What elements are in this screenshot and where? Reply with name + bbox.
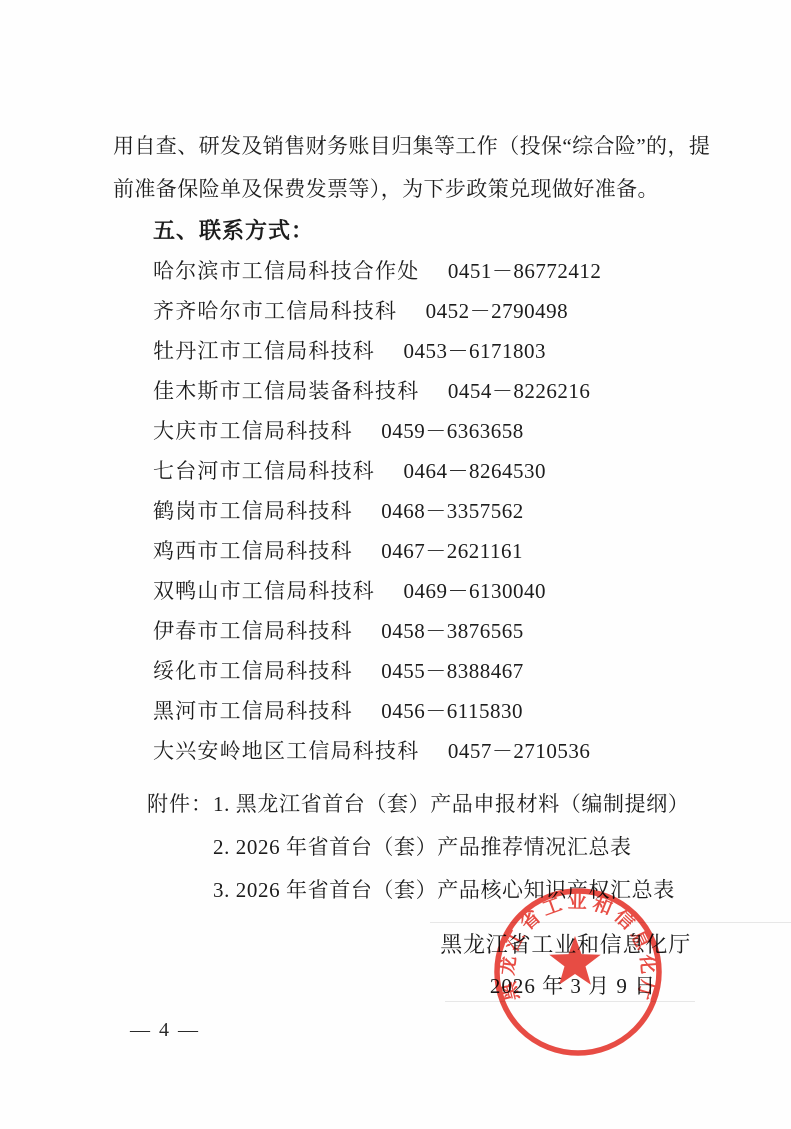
contact-phone: 0456－6115830	[381, 699, 523, 723]
contact-row: 齐齐哈尔市工信局科技科 0452－2790498	[153, 291, 693, 331]
contact-row: 哈尔滨市工信局科技合作处 0451－86772412	[153, 251, 693, 291]
contact-office: 双鸭山市工信局科技科	[153, 579, 375, 603]
contact-office: 伊春市工信局科技科	[153, 619, 353, 643]
contact-phone: 0464－8264530	[403, 459, 546, 483]
contact-row: 双鸭山市工信局科技科 0469－6130040	[153, 571, 693, 611]
contact-phone: 0467－2621161	[381, 539, 523, 563]
contact-office: 黑河市工信局科技科	[153, 699, 353, 723]
contact-phone: 0459－6363658	[381, 419, 524, 443]
official-seal-icon: 黑龙江省工业和信息化厅	[478, 872, 678, 1072]
contact-row: 黑河市工信局科技科 0456－6115830	[153, 691, 693, 731]
contact-row: 大兴安岭地区工信局科技科 0457－2710536	[153, 731, 693, 771]
contact-row: 七台河市工信局科技科 0464－8264530	[153, 451, 693, 491]
contact-office: 大庆市工信局科技科	[153, 419, 353, 443]
contact-office: 牡丹江市工信局科技科	[153, 339, 375, 363]
page-number: — 4 —	[130, 1019, 200, 1042]
contact-phone: 0455－8388467	[381, 659, 524, 683]
contact-row: 绥化市工信局科技科 0455－8388467	[153, 651, 693, 691]
contact-phone: 0454－8226216	[448, 379, 591, 403]
contact-office: 大兴安岭地区工信局科技科	[153, 739, 419, 763]
contact-row: 鹤岗市工信局科技科 0468－3357562	[153, 491, 693, 531]
contact-office: 齐齐哈尔市工信局科技科	[153, 299, 397, 323]
contact-phone: 0452－2790498	[426, 299, 569, 323]
document-page: 用自查、研发及销售财务账目归集等工作（投保“综合险”的，提 前准备保险单及保费发…	[0, 0, 791, 1129]
contact-office: 绥化市工信局科技科	[153, 659, 353, 683]
contact-row: 牡丹江市工信局科技科 0453－6171803	[153, 331, 693, 371]
contact-office: 鹤岗市工信局科技科	[153, 499, 353, 523]
contact-phone: 0458－3876565	[381, 619, 524, 643]
contact-row: 鸡西市工信局科技科 0467－2621161	[153, 531, 693, 571]
contact-office: 佳木斯市工信局装备科技科	[153, 379, 419, 403]
attachment-item: 2. 2026 年省首台（套）产品推荐情况汇总表	[213, 826, 693, 869]
contact-list: 哈尔滨市工信局科技合作处 0451－86772412 齐齐哈尔市工信局科技科 0…	[153, 251, 693, 771]
contact-phone: 0468－3357562	[381, 499, 524, 523]
contact-row: 佳木斯市工信局装备科技科 0454－8226216	[153, 371, 693, 411]
contact-phone: 0469－6130040	[403, 579, 546, 603]
section-heading: 五、联系方式：	[153, 211, 693, 251]
contact-row: 伊春市工信局科技科 0458－3876565	[153, 611, 693, 651]
body-paragraph: 用自查、研发及销售财务账目归集等工作（投保“综合险”的，提 前准备保险单及保费发…	[113, 125, 693, 211]
contact-row: 大庆市工信局科技科 0459－6363658	[153, 411, 693, 451]
seal-star-icon	[549, 936, 600, 985]
paragraph-line: 用自查、研发及销售财务账目归集等工作（投保“综合险”的，提	[113, 125, 693, 168]
attachment-item: 1. 黑龙江省首台（套）产品申报材料（编制提纲）	[213, 783, 693, 826]
contact-phone: 0451－86772412	[448, 259, 602, 283]
contact-phone: 0457－2710536	[448, 739, 591, 763]
attachments-label: 附件：	[147, 783, 213, 826]
paragraph-line: 前准备保险单及保费发票等），为下步政策兑现做好准备。	[113, 168, 693, 211]
contact-phone: 0453－6171803	[403, 339, 546, 363]
contact-office: 鸡西市工信局科技科	[153, 539, 353, 563]
document-content: 用自查、研发及销售财务账目归集等工作（投保“综合险”的，提 前准备保险单及保费发…	[113, 125, 693, 912]
contact-office: 七台河市工信局科技科	[153, 459, 375, 483]
contact-office: 哈尔滨市工信局科技合作处	[153, 259, 419, 283]
